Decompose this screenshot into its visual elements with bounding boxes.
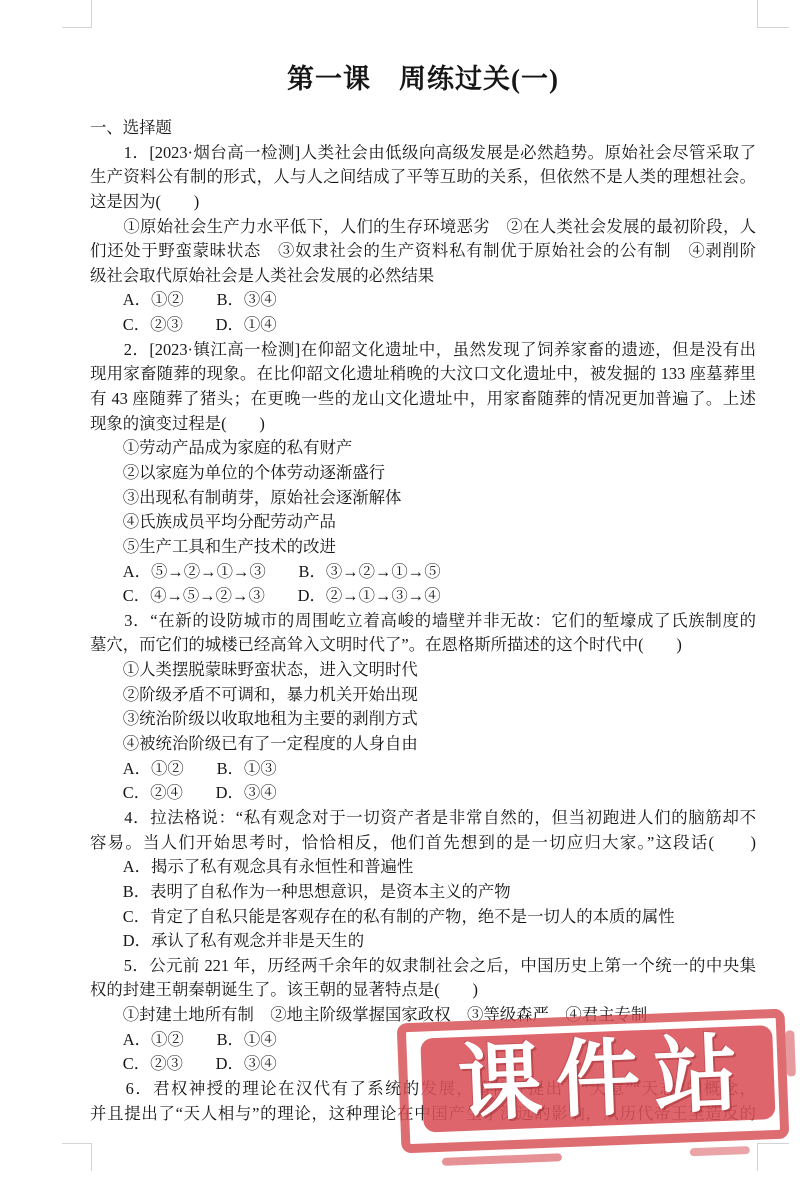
text-boundary-mark-top-left xyxy=(62,0,92,28)
question-4: 4．拉法格说：“私有观念对于一切资产者是非常自然的，但当初跑进人们的脑筋却不容易… xyxy=(90,806,756,954)
text-line: 生产资料公有制的形式，人与人之间结成了平等互助的关系，但依然不是人类的理想社会。 xyxy=(90,165,756,190)
text-line: ②以家庭为单位的个体劳动逐渐盛行 xyxy=(90,461,756,486)
text-line: A．揭示了私有观念具有永恒性和普遍性 xyxy=(90,855,756,880)
stamp-ink-blob xyxy=(690,1146,750,1156)
stamp-ink-blob xyxy=(442,1153,562,1166)
text-line: 墓穴，而它们的城楼已经高耸入文明时代了”。在恩格斯所描述的这个时代中( ) xyxy=(90,633,756,658)
text-line: C．肯定了自私只能是客观存在的私有制的产物，绝不是一切人的本质的属性 xyxy=(90,905,756,930)
text-line: 3．“在新的设防城市的周围屹立着高峻的墙壁并非无故：它们的堑壕成了氏族制度的 xyxy=(90,609,756,634)
text-boundary-mark-bottom-right xyxy=(757,1143,789,1171)
text-line: ①劳动产品成为家庭的私有财产 xyxy=(90,436,756,461)
watermark-stamp: 课件站 xyxy=(397,1009,790,1154)
stamp-background: 课件站 xyxy=(420,1025,775,1132)
question-3: 3．“在新的设防城市的周围屹立着高峻的墙壁并非无故：它们的堑壕成了氏族制度的墓穴… xyxy=(90,609,756,806)
text-line: C．②③ D．①④ xyxy=(90,313,756,338)
section-heading: 一、选择题 xyxy=(90,116,756,141)
text-line: ③出现私有制萌芽，原始社会逐渐解体 xyxy=(90,486,756,511)
text-line: C．④→⑤→②→③ D．②→①→③→④ xyxy=(90,584,756,609)
text-line: B．表明了自私作为一种思想意识，是资本主义的产物 xyxy=(90,880,756,905)
text-boundary-mark-top-right xyxy=(757,0,789,28)
question-1: 1．[2023·烟台高一检测]人类社会由低级向高级发展是必然趋势。原始社会尽管采… xyxy=(90,141,756,338)
text-line: 这是因为( ) xyxy=(90,190,756,215)
text-line: ⑤生产工具和生产技术的改进 xyxy=(90,535,756,560)
document-page: 第一课 周练过关(一) 一、选择题 1．[2023·烟台高一检测]人类社会由低级… xyxy=(0,0,800,1200)
text-line: 容易。当人们开始思考时，恰恰相反，他们首先想到的是一切应归大家。”这段话( ) xyxy=(90,831,756,856)
text-line: ①原始社会生产力水平低下，人们的生存环境恶劣 ②在人类社会发展的最初阶段，人 xyxy=(90,215,756,240)
stamp-text: 课件站 xyxy=(442,1031,753,1127)
text-line: 现用家畜随葬的现象。在比仰韶文化遗址稍晚的大汶口文化遗址中，被发掘的 133 座… xyxy=(90,362,756,387)
text-line: 有 43 座随葬了猪头；在更晚一些的龙山文化遗址中，用家畜随葬的情况更加普遍了。… xyxy=(90,387,756,412)
text-line: ③统治阶级以收取地租为主要的剥削方式 xyxy=(90,707,756,732)
text-line: 4．拉法格说：“私有观念对于一切资产者是非常自然的，但当初跑进人们的脑筋却不 xyxy=(90,806,756,831)
text-line: A．①② B．③④ xyxy=(90,288,756,313)
text-line: ④被统治阶级已有了一定程度的人身自由 xyxy=(90,732,756,757)
text-line: C．②④ D．③④ xyxy=(90,781,756,806)
text-line: A．①② B．①③ xyxy=(90,757,756,782)
text-line: 5．公元前 221 年，历经两千余年的奴隶制社会之后，中国历史上第一个统一的中央… xyxy=(90,954,756,979)
page-title: 第一课 周练过关(一) xyxy=(90,57,756,96)
question-2: 2．[2023·镇江高一检测]在仰韶文化遗址中，虽然发现了饲养家畜的遗迹，但是没… xyxy=(90,338,756,609)
text-line: 权的封建王朝秦朝诞生了。该王朝的显著特点是( ) xyxy=(90,978,756,1003)
text-line: 们还处于野蛮蒙昧状态 ③奴隶社会的生产资料私有制优于原始社会的公有制 ④剥削阶 xyxy=(90,239,756,264)
text-line: D．承认了私有观念并非是天生的 xyxy=(90,929,756,954)
text-boundary-mark-bottom-left xyxy=(62,1143,92,1171)
text-line: 2．[2023·镇江高一检测]在仰韶文化遗址中，虽然发现了饲养家畜的遗迹，但是没… xyxy=(90,338,756,363)
text-line: A．⑤→②→①→③ B．③→②→①→⑤ xyxy=(90,560,756,585)
text-line: 级社会取代原始社会是人类社会发展的必然结果 xyxy=(90,264,756,289)
text-line: ②阶级矛盾不可调和，暴力机关开始出现 xyxy=(90,683,756,708)
text-line: 现象的演变过程是( ) xyxy=(90,412,756,437)
text-line: ④氏族成员平均分配劳动产品 xyxy=(90,510,756,535)
text-line: ①人类摆脱蒙昧野蛮状态，进入文明时代 xyxy=(90,658,756,683)
text-line: 1．[2023·烟台高一检测]人类社会由低级向高级发展是必然趋势。原始社会尽管采… xyxy=(90,141,756,166)
stamp-ink-blob xyxy=(785,1030,796,1076)
document-body: 一、选择题 1．[2023·烟台高一检测]人类社会由低级向高级发展是必然趋势。原… xyxy=(90,116,756,1126)
